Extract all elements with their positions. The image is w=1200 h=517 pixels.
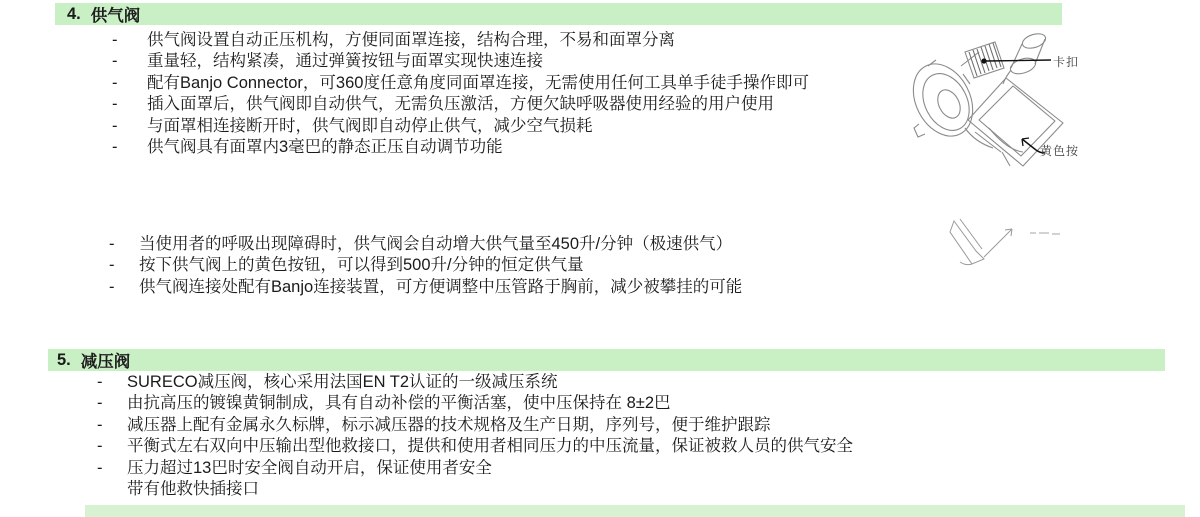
bullet-text: 重量轻，结构紧凑，通过弹簧按钮与面罩实现快速连接 — [147, 51, 543, 72]
list-item: -SURECO减压阀，核心采用法国EN T2认证的一级减压系统 — [97, 372, 853, 393]
list-item: -与面罩相连接断开时，供气阀即自动停止供气，减少空气损耗 — [112, 116, 809, 137]
list-item: -供气阀设置自动正压机构，方便同面罩连接，结构合理，不易和面罩分离 — [112, 30, 809, 51]
supply-valve-figure: 卡扣 黄色按 — [905, 28, 1105, 176]
bullet-dash: - — [112, 51, 147, 72]
bullet-text: 配有Banjo Connector，可360度任意角度同面罩连接，无需使用任何工… — [147, 73, 809, 94]
bullet-dash: - — [112, 30, 147, 51]
bullet-text: 供气阀具有面罩内3毫巴的静态正压自动调节功能 — [147, 137, 503, 158]
bullet-dash: - — [112, 73, 147, 94]
bullet-text: SURECO减压阀，核心采用法国EN T2认证的一级减压系统 — [127, 372, 558, 393]
section4-list2: -当使用者的呼吸出现障碍时，供气阀会自动增大供气量至450升/分钟（极速供气） … — [109, 234, 742, 298]
list-item: -插入面罩后，供气阀即自动供气，无需负压激活，方便欠缺呼吸器使用经验的用户使用 — [112, 94, 809, 115]
list-item: -压力超过13巴时安全阀自动开启，保证使用者安全 — [97, 458, 853, 479]
list-item: -供气阀连接处配有Banjo连接装置，可方便调整中压管路于胸前，减少被攀挂的可能 — [109, 277, 742, 298]
figure-label-yellow-button: 黄色按 — [1040, 142, 1079, 159]
section5-number: 5. — [57, 351, 71, 370]
bullet-text: 平衡式左右双向中压输出型他救接口，提供和使用者相同压力的中压流量，保证被救人员的… — [127, 436, 853, 457]
bullet-text: 当使用者的呼吸出现障碍时，供气阀会自动增大供气量至450升/分钟（极速供气） — [139, 234, 732, 255]
bullet-text: 按下供气阀上的黄色按钮，可以得到500升/分钟的恒定供气量 — [139, 255, 584, 276]
bullet-dash: - — [109, 277, 139, 298]
bottom-highlight-bar — [85, 505, 1185, 517]
section4-title: 供气阀 — [91, 2, 141, 26]
clip-callout-arrow — [981, 58, 1051, 63]
section5-title: 减压阀 — [81, 348, 131, 372]
bullet-text: 压力超过13巴时安全阀自动开启，保证使用者安全 — [127, 458, 492, 479]
section4-number: 4. — [67, 5, 81, 24]
list-item: -重量轻，结构紧凑，通过弹簧按钮与面罩实现快速连接 — [112, 51, 809, 72]
list-item: -供气阀具有面罩内3毫巴的静态正压自动调节功能 — [112, 137, 809, 158]
bullet-dash: - — [112, 94, 147, 115]
section4-list1: -供气阀设置自动正压机构，方便同面罩连接，结构合理，不易和面罩分离 -重量轻，结… — [112, 30, 809, 158]
bullet-dash: - — [112, 137, 147, 158]
bullet-text: 供气阀连接处配有Banjo连接装置，可方便调整中压管路于胸前，减少被攀挂的可能 — [139, 277, 742, 298]
section5-header: 5. 减压阀 — [48, 349, 1165, 371]
bullet-dash: - — [97, 415, 127, 436]
bullet-dash: - — [109, 255, 139, 276]
bullet-dash: - — [97, 393, 127, 414]
bullet-dash: - — [109, 234, 139, 255]
figure-label-clip: 卡扣 — [1053, 53, 1079, 70]
section4-header: 4. 供气阀 — [55, 3, 1062, 25]
bullet-text: 减压器上配有金属永久标牌，标示减压器的技术规格及生产日期，序列号，便于维护跟踪 — [127, 415, 771, 436]
list-item-continuation: 带有他救快插接口 — [97, 479, 853, 500]
bullet-text: 与面罩相连接断开时，供气阀即自动停止供气，减少空气损耗 — [147, 116, 593, 137]
list-item: -由抗高压的镀镍黄铜制成，具有自动补偿的平衡活塞，使中压保持在 8±2巴 — [97, 393, 853, 414]
list-item: -配有Banjo Connector，可360度任意角度同面罩连接，无需使用任何… — [112, 73, 809, 94]
section5-list: -SURECO减压阀，核心采用法国EN T2认证的一级减压系统 -由抗高压的镀镍… — [97, 372, 853, 500]
bullet-text: 供气阀设置自动正压机构，方便同面罩连接，结构合理，不易和面罩分离 — [147, 30, 675, 51]
list-item: -减压器上配有金属永久标牌，标示减压器的技术规格及生产日期，序列号，便于维护跟踪 — [97, 415, 853, 436]
bullet-dash: - — [112, 116, 147, 137]
list-item: -平衡式左右双向中压输出型他救接口，提供和使用者相同压力的中压流量，保证被救人员… — [97, 436, 853, 457]
bullet-dash: - — [97, 372, 127, 393]
bullet-text: 插入面罩后，供气阀即自动供气，无需负压激活，方便欠缺呼吸器使用经验的用户使用 — [147, 94, 774, 115]
fragment-drawing — [942, 215, 1072, 273]
fragment-figure — [942, 215, 1072, 273]
bullet-text: 由抗高压的镀镍黄铜制成，具有自动补偿的平衡活塞，使中压保持在 8±2巴 — [127, 393, 671, 414]
document-page: 4. 供气阀 -供气阀设置自动正压机构，方便同面罩连接，结构合理，不易和面罩分离… — [0, 0, 1200, 517]
bullet-text: 带有他救快插接口 — [127, 479, 259, 500]
bullet-dash: - — [97, 436, 127, 457]
bullet-dash: - — [97, 458, 127, 479]
list-item: -当使用者的呼吸出现障碍时，供气阀会自动增大供气量至450升/分钟（极速供气） — [109, 234, 742, 255]
list-item: -按下供气阀上的黄色按钮，可以得到500升/分钟的恒定供气量 — [109, 255, 742, 276]
